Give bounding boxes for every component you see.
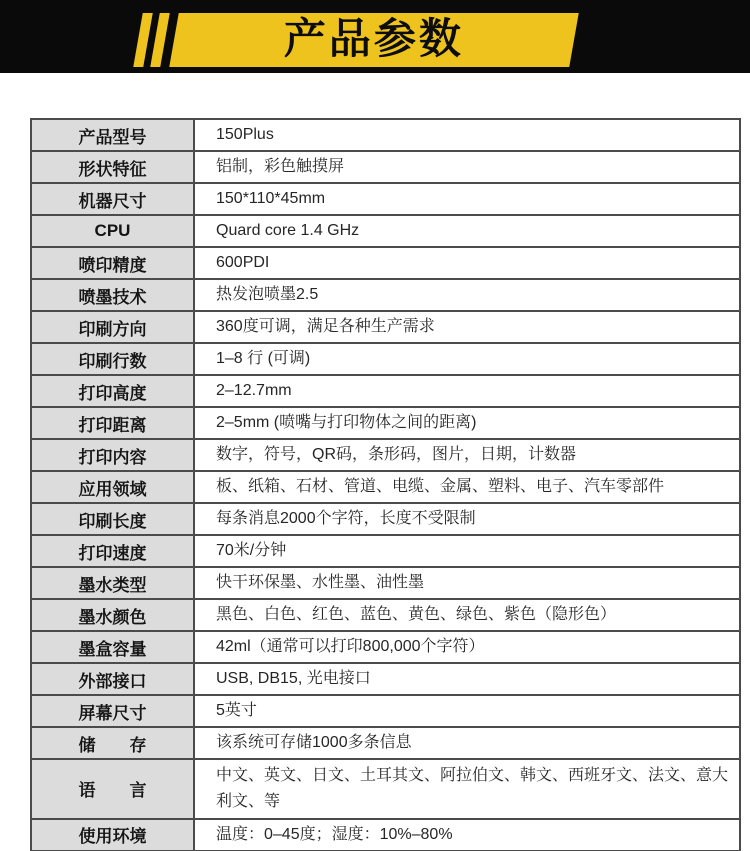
spec-row: 打印内容数字，符号，QR码，条形码，图片，日期，计数器 (31, 439, 740, 471)
spec-label: 打印距离 (31, 407, 194, 439)
spec-label: 喷印精度 (31, 247, 194, 279)
banner-plate: 产品参数 (169, 13, 579, 67)
spec-label: 喷墨技术 (31, 279, 194, 311)
spec-row: 外部接口USB, DB15, 光电接口 (31, 663, 740, 695)
spec-row: 喷墨技术热发泡喷墨2.5 (31, 279, 740, 311)
spec-table: 产品型号150Plus形状特征铝制，彩色触摸屏机器尺寸150*110*45mmC… (30, 118, 741, 851)
spec-label: 储 存 (31, 727, 194, 759)
spec-value: 该系统可存储1000多条信息 (194, 727, 740, 759)
spec-label: 形状特征 (31, 151, 194, 183)
spec-value: 600PDI (194, 247, 740, 279)
spec-label: 打印高度 (31, 375, 194, 407)
spec-label: 墨水类型 (31, 567, 194, 599)
page-title: 产品参数 (284, 18, 464, 63)
spec-label: 产品型号 (31, 119, 194, 151)
title-banner: 产品参数 (138, 13, 574, 67)
spec-row: 产品型号150Plus (31, 119, 740, 151)
spec-label: 外部接口 (31, 663, 194, 695)
spec-row: 机器尺寸150*110*45mm (31, 183, 740, 215)
spec-row: 形状特征铝制，彩色触摸屏 (31, 151, 740, 183)
spec-label: 印刷行数 (31, 343, 194, 375)
spec-value: 1–8 行 (可调) (194, 343, 740, 375)
spec-row: 打印速度70米/分钟 (31, 535, 740, 567)
spec-value: 2–5mm (喷嘴与打印物体之间的距离) (194, 407, 740, 439)
header-bar: 产品参数 (0, 0, 750, 73)
spec-label: 屏幕尺寸 (31, 695, 194, 727)
spec-label: 印刷方向 (31, 311, 194, 343)
spec-row: 印刷方向360度可调，满足各种生产需求 (31, 311, 740, 343)
spec-value: 150Plus (194, 119, 740, 151)
spec-value: 每条消息2000个字符，长度不受限制 (194, 503, 740, 535)
spec-label: 机器尺寸 (31, 183, 194, 215)
spec-row: 墨水类型快干环保墨、水性墨、油性墨 (31, 567, 740, 599)
spec-label: 使用环境 (31, 819, 194, 851)
spec-label: 印刷长度 (31, 503, 194, 535)
spec-label: 墨盒容量 (31, 631, 194, 663)
spec-value: 板、纸箱、石材、管道、电缆、金属、塑料、电子、汽车零部件 (194, 471, 740, 503)
banner-stripe-2 (150, 13, 170, 67)
spec-row: 印刷长度每条消息2000个字符，长度不受限制 (31, 503, 740, 535)
spec-value: 温度：0–45度；湿度：10%–80% (194, 819, 740, 851)
spec-value: 热发泡喷墨2.5 (194, 279, 740, 311)
banner-stripe-1 (133, 13, 153, 67)
spec-value: 铝制，彩色触摸屏 (194, 151, 740, 183)
spec-row: 储 存该系统可存储1000多条信息 (31, 727, 740, 759)
spec-value: 150*110*45mm (194, 183, 740, 215)
spec-label: 应用领域 (31, 471, 194, 503)
spec-row: 打印高度2–12.7mm (31, 375, 740, 407)
spec-row: 使用环境温度：0–45度；湿度：10%–80% (31, 819, 740, 851)
spec-row: CPUQuard core 1.4 GHz (31, 215, 740, 247)
spec-label: 打印内容 (31, 439, 194, 471)
spec-value: 5英寸 (194, 695, 740, 727)
spec-row: 打印距离2–5mm (喷嘴与打印物体之间的距离) (31, 407, 740, 439)
spec-row: 墨水颜色黑色、白色、红色、蓝色、黄色、绿色、紫色（隐形色） (31, 599, 740, 631)
spec-row: 应用领域板、纸箱、石材、管道、电缆、金属、塑料、电子、汽车零部件 (31, 471, 740, 503)
spec-value: 黑色、白色、红色、蓝色、黄色、绿色、紫色（隐形色） (194, 599, 740, 631)
spec-value: USB, DB15, 光电接口 (194, 663, 740, 695)
spec-value: 2–12.7mm (194, 375, 740, 407)
spec-row: 屏幕尺寸5英寸 (31, 695, 740, 727)
spec-value: 70米/分钟 (194, 535, 740, 567)
spec-label: CPU (31, 215, 194, 247)
spec-value: 42ml（通常可以打印800,000个字符） (194, 631, 740, 663)
spec-row: 语 言中文、英文、日文、土耳其文、阿拉伯文、韩文、西班牙文、法文、意大利文、等 (31, 759, 740, 819)
spec-value: 360度可调，满足各种生产需求 (194, 311, 740, 343)
spec-row: 印刷行数1–8 行 (可调) (31, 343, 740, 375)
spec-label: 语 言 (31, 759, 194, 819)
spec-value: 数字，符号，QR码，条形码，图片，日期，计数器 (194, 439, 740, 471)
spec-value: Quard core 1.4 GHz (194, 215, 740, 247)
spec-table-body: 产品型号150Plus形状特征铝制，彩色触摸屏机器尺寸150*110*45mmC… (31, 119, 740, 851)
page: 产品参数 产品型号150Plus形状特征铝制，彩色触摸屏机器尺寸150*110*… (0, 0, 750, 851)
spec-value: 快干环保墨、水性墨、油性墨 (194, 567, 740, 599)
spec-row: 墨盒容量42ml（通常可以打印800,000个字符） (31, 631, 740, 663)
spec-value: 中文、英文、日文、土耳其文、阿拉伯文、韩文、西班牙文、法文、意大利文、等 (194, 759, 740, 819)
spec-label: 墨水颜色 (31, 599, 194, 631)
spec-label: 打印速度 (31, 535, 194, 567)
spec-row: 喷印精度600PDI (31, 247, 740, 279)
